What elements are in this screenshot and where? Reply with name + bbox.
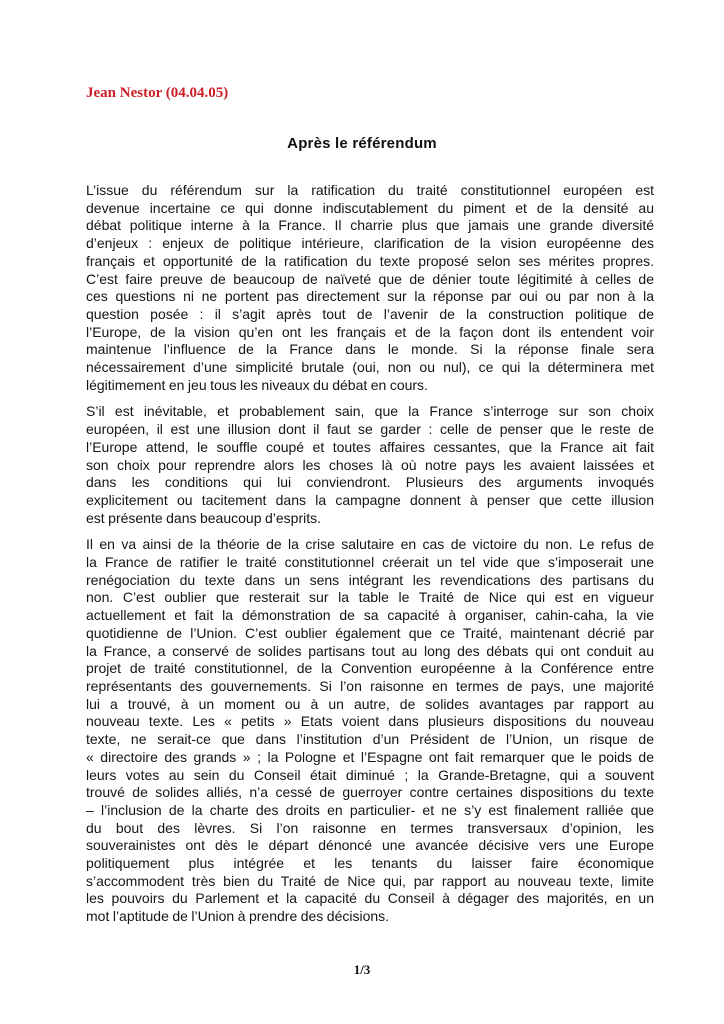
text-line: représentants des gouvernements. Si l’on… <box>86 678 654 696</box>
text-line: légitimement en jeu tous les niveaux du … <box>86 377 654 395</box>
text-line: leurs votes au sein du Conseil était dim… <box>86 767 654 785</box>
text-line: est présente dans beaucoup d’esprits. <box>86 510 654 528</box>
text-line: du bout des lèvres. Si l’on raisonne en … <box>86 820 654 838</box>
paragraph: L’issue du référendum sur la ratificatio… <box>86 182 654 394</box>
text-line: S’il est inévitable, et probablement sai… <box>86 403 654 421</box>
text-line: « directoire des grands » ; la Pologne e… <box>86 749 654 767</box>
text-line: la France de ratifier le traité constitu… <box>86 554 654 572</box>
text-line: nouveau texte. Les « petits » Etats voie… <box>86 713 654 731</box>
text-line: texte, ne serait-ce que dans l’instituti… <box>86 731 654 749</box>
text-line: nécessairement d’une simplicité brutale … <box>86 359 654 377</box>
text-line: actuellement et fait la démonstration de… <box>86 607 654 625</box>
text-line: français et opportunité de la ratificati… <box>86 253 654 271</box>
text-line: projet de traité constitutionnel, de la … <box>86 660 654 678</box>
document-body: L’issue du référendum sur la ratificatio… <box>86 182 654 935</box>
text-line: – l’inclusion de la charte des droits en… <box>86 802 654 820</box>
paragraph: Il en va ainsi de la théorie de la crise… <box>86 536 654 925</box>
text-line: quotidienne de l’Union. C’est oublier ég… <box>86 625 654 643</box>
text-line: renégociation du texte dans un sens inté… <box>86 572 654 590</box>
text-line: la France, a conservé de solides partisa… <box>86 643 654 661</box>
text-line: politiquement plus intégrée et les tenan… <box>86 855 654 873</box>
text-line: mot l’aptitude de l’Union à prendre des … <box>86 908 654 926</box>
text-line: les pouvoirs du Parlement et la capacité… <box>86 890 654 908</box>
document-page: Jean Nestor (04.04.05) Après le référend… <box>0 0 724 1024</box>
text-line: dans les conditions qui lui conviendront… <box>86 474 654 492</box>
author-dateline: Jean Nestor (04.04.05) <box>86 85 228 102</box>
text-line: question posée : il s’agit après tout de… <box>86 306 654 324</box>
text-line: L’issue du référendum sur la ratificatio… <box>86 182 654 200</box>
text-line: non. C’est oublier que resterait sur la … <box>86 589 654 607</box>
text-line: européen, il est une illusion dont il fa… <box>86 421 654 439</box>
text-line: s’accommodent très bien du Traité de Nic… <box>86 873 654 891</box>
paragraph: S’il est inévitable, et probablement sai… <box>86 403 654 527</box>
text-line: d’enjeux : enjeux de politique intérieur… <box>86 235 654 253</box>
text-line: ces questions ni ne portent pas directem… <box>86 288 654 306</box>
text-line: son choix pour reprendre alors les chose… <box>86 457 654 475</box>
text-line: lui a trouvé, à un moment ou à un autre,… <box>86 696 654 714</box>
text-line: explicitement ou tacitement dans la camp… <box>86 492 654 510</box>
text-line: l’Europe, de la vision qu’en ont les fra… <box>86 324 654 342</box>
text-line: C’est faire preuve de beaucoup de naïvet… <box>86 271 654 289</box>
page-number: 1/3 <box>0 962 724 978</box>
text-line: devenue incertaine ce qui donne indiscut… <box>86 200 654 218</box>
text-line: Il en va ainsi de la théorie de la crise… <box>86 536 654 554</box>
text-line: l’Europe attend, le souffle coupé et tou… <box>86 439 654 457</box>
text-line: souverainistes ont dès le départ dénoncé… <box>86 837 654 855</box>
text-line: trouvé de solides alliés, n’a cessé de g… <box>86 784 654 802</box>
text-line: maintenue l’influence de la France dans … <box>86 341 654 359</box>
document-title: Après le référendum <box>0 135 724 152</box>
text-line: débat politique interne à la France. Il … <box>86 217 654 235</box>
